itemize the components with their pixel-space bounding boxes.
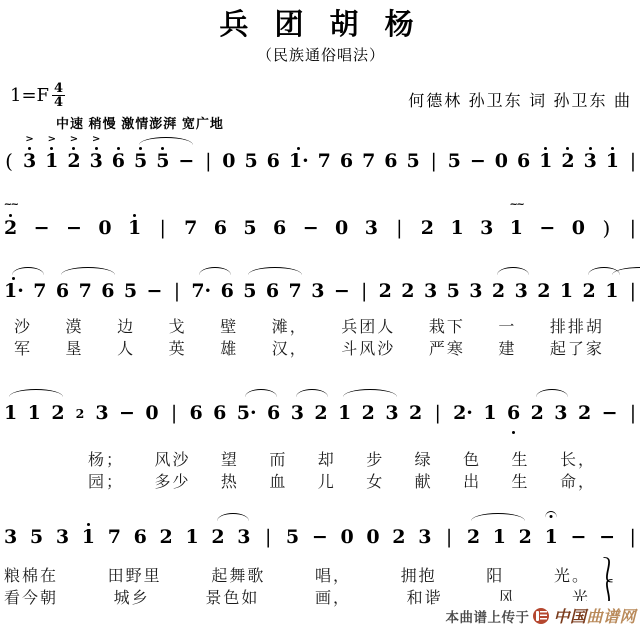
note: 1 xyxy=(338,388,351,434)
lyric-syllable: 看今朝 xyxy=(4,585,58,608)
note: 0 xyxy=(98,203,111,249)
lyric-syllable: 雄 xyxy=(220,336,238,359)
lyric-syllable: 起了家 xyxy=(550,336,604,359)
brace-bottom-icon: ⎰ xyxy=(596,580,620,602)
note: 2 xyxy=(492,266,505,312)
note: 2 xyxy=(421,203,434,249)
note: 1 xyxy=(493,512,506,558)
note: 5 xyxy=(30,512,43,558)
note: 1 xyxy=(605,266,618,312)
lyric-syllable: 生 xyxy=(512,469,530,492)
note: − xyxy=(571,512,587,558)
note: 2· xyxy=(453,388,473,434)
lyric-syllable: 画， xyxy=(315,585,351,608)
note: 6 xyxy=(189,388,202,434)
note: 1· xyxy=(4,266,24,312)
barline: | xyxy=(628,512,638,558)
watermark: 本曲谱上传于 中国曲谱网 xyxy=(435,601,638,630)
lyric-syllable: 长， xyxy=(560,447,596,470)
barline: | xyxy=(169,388,179,434)
note: 2 xyxy=(578,388,591,434)
note: 3 xyxy=(469,266,482,312)
music-line-1: (3123655−|0561·76765|5−061231| xyxy=(4,136,638,182)
note: 5 xyxy=(286,512,299,558)
music-line-4: 11223−0|665·6321232|2·16232−| xyxy=(4,388,638,434)
note: 1 xyxy=(450,203,463,249)
note: 3 xyxy=(480,203,493,249)
note: 6 xyxy=(56,266,69,312)
note: 0 xyxy=(366,512,379,558)
lyric-syllable: 起舞歌 xyxy=(211,563,265,586)
lyric-syllable: 命， xyxy=(560,469,596,492)
lyric-syllable: 却 xyxy=(318,447,336,470)
note: 6 xyxy=(266,266,279,312)
note: 6 xyxy=(112,136,125,182)
note: − xyxy=(599,512,615,558)
note: 2 xyxy=(51,388,64,434)
note: 2 xyxy=(409,388,422,434)
note: 6 xyxy=(134,512,147,558)
lyric-syllable: 多少 xyxy=(154,469,190,492)
lyric-syllable: 滩， xyxy=(272,314,308,337)
note: 6 xyxy=(507,388,520,434)
time-signature-numerator: 4 xyxy=(52,82,65,96)
fermata-mark-icon xyxy=(545,511,557,518)
barline: | xyxy=(628,203,638,249)
note: ( xyxy=(4,136,14,182)
music-line-3: 1·76765−|7·65673−|22353232121| xyxy=(4,266,638,312)
lyric-syllable: 垦 xyxy=(66,336,84,359)
note: 3 xyxy=(291,388,304,434)
note: 3 xyxy=(554,388,567,434)
note: 2 xyxy=(519,512,532,558)
lyric-syllable: 色 xyxy=(463,447,481,470)
song-title: 兵 团 胡 杨 xyxy=(0,2,642,43)
lyric-syllable: 女 xyxy=(366,469,384,492)
lyric-syllable: 热 xyxy=(221,469,239,492)
note: − xyxy=(539,203,555,249)
accent-mark-icon xyxy=(25,134,33,145)
lyric-syllable: 严寒 xyxy=(429,336,465,359)
lyric-syllable: 唱， xyxy=(315,563,351,586)
note: 1 xyxy=(539,136,552,182)
note: 2 xyxy=(4,203,17,249)
lyric-syllable: 血 xyxy=(269,469,287,492)
barline: | xyxy=(172,266,182,312)
lyric-syllable: 壁 xyxy=(220,314,238,337)
lyric-syllable: 汉， xyxy=(272,336,308,359)
note: 5 xyxy=(134,136,147,182)
note: 1· xyxy=(289,136,309,182)
note: − xyxy=(303,203,319,249)
note: 2 xyxy=(211,512,224,558)
note: 6 xyxy=(221,266,234,312)
lyric-syllable: 望 xyxy=(221,447,239,470)
composer-credits: 何德林 孙卫东 词 孙卫东 曲 xyxy=(408,88,632,111)
note: 2 xyxy=(561,136,574,182)
barline: | xyxy=(429,136,439,182)
note: 7 xyxy=(79,266,92,312)
note: 6 xyxy=(273,203,286,249)
note: 5 xyxy=(244,136,257,182)
note: 7· xyxy=(191,266,211,312)
note: − xyxy=(334,266,350,312)
note: 2 xyxy=(75,388,85,434)
lyric-syllable: 儿 xyxy=(318,469,336,492)
note: 0 xyxy=(572,203,585,249)
note: 2 xyxy=(467,512,480,558)
lyric-syllable: 英 xyxy=(169,336,187,359)
note: 3 xyxy=(365,203,378,249)
mordent-mark-icon xyxy=(4,199,18,210)
note: − xyxy=(178,136,194,182)
note: 1 xyxy=(483,388,496,434)
note: 0 xyxy=(495,136,508,182)
lyric-syllable: 绿 xyxy=(415,447,433,470)
lyric-syllable: 风沙 xyxy=(154,447,190,470)
accent-mark-icon xyxy=(92,134,100,145)
note: 5 xyxy=(124,266,137,312)
note: 3 xyxy=(584,136,597,182)
note: 6 xyxy=(340,136,353,182)
note: 2 xyxy=(392,512,405,558)
note: 3 xyxy=(515,266,528,312)
barline: | xyxy=(203,136,213,182)
lyric-syllable: 城乡 xyxy=(114,585,150,608)
note: − xyxy=(147,266,163,312)
note: 1 xyxy=(510,203,523,249)
lyrics-verse1-line1: 沙漠边戈壁滩，兵团人栽下一排排胡 xyxy=(14,314,604,337)
lyric-syllable: 景色如 xyxy=(205,585,259,608)
lyric-syllable: 园； xyxy=(88,469,124,492)
site-name-primary: 中国 xyxy=(553,609,586,626)
lyric-syllable: 排排胡 xyxy=(550,314,604,337)
accent-mark-icon xyxy=(48,134,56,145)
barline: | xyxy=(433,388,443,434)
lyric-syllable: 阳 xyxy=(486,563,504,586)
note: 2 xyxy=(401,266,414,312)
note: 6 xyxy=(101,266,114,312)
note: 2 xyxy=(537,266,550,312)
key-label: 1=F xyxy=(10,85,49,106)
site-name: 中国曲谱网 xyxy=(553,604,636,627)
note: 2 xyxy=(583,266,596,312)
note: 7 xyxy=(318,136,331,182)
note: 1 xyxy=(185,512,198,558)
note: − xyxy=(602,388,618,434)
site-name-secondary: 曲谱网 xyxy=(586,609,636,626)
site-logo-icon xyxy=(533,608,549,624)
barline: | xyxy=(263,512,273,558)
barline: | xyxy=(158,203,168,249)
music-line-2: 2−−01|7656−03|2131−0)| xyxy=(4,203,638,249)
lyric-syllable: 栽下 xyxy=(429,314,465,337)
time-signature: 4 4 xyxy=(52,82,65,109)
note: 7 xyxy=(33,266,46,312)
note: 3 xyxy=(237,512,250,558)
note: 1 xyxy=(45,136,58,182)
note: 1 xyxy=(606,136,619,182)
note: 6 xyxy=(214,203,227,249)
key-signature: 1=F 4 4 xyxy=(10,82,65,109)
lyric-syllable: 光。 xyxy=(554,563,590,586)
note: 1 xyxy=(560,266,573,312)
tempo-marking: 中速 稍慢 激情澎湃 宽广地 xyxy=(56,113,224,132)
note: 6 xyxy=(267,136,280,182)
note: 5· xyxy=(237,388,257,434)
note: 1 xyxy=(545,512,558,558)
lyric-syllable: 杨； xyxy=(88,447,124,470)
accent-mark-icon xyxy=(70,134,78,145)
note: 3 xyxy=(385,388,398,434)
note: 2 xyxy=(314,388,327,434)
note: 1 xyxy=(128,203,141,249)
watermark-prefix: 本曲谱上传于 xyxy=(445,606,529,626)
lyric-syllable: 斗风沙 xyxy=(341,336,395,359)
note: 2 xyxy=(362,388,375,434)
music-line-5: 3531762123|5−0023|2121−−| xyxy=(4,512,638,558)
note: 0 xyxy=(340,512,353,558)
brace-top-icon: ⎱ xyxy=(596,558,620,580)
song-subtitle: （民族通俗唱法） xyxy=(0,44,642,65)
barline: | xyxy=(628,266,638,312)
lyric-syllable: 漠 xyxy=(66,314,84,337)
note: 1 xyxy=(28,388,41,434)
note: 0 xyxy=(335,203,348,249)
lyric-syllable: 戈 xyxy=(169,314,187,337)
lyric-syllable: 田野里 xyxy=(108,563,162,586)
lyric-syllable: 建 xyxy=(498,336,516,359)
note: 1 xyxy=(4,388,17,434)
note: 5 xyxy=(243,266,256,312)
note: 2 xyxy=(531,388,544,434)
note: − xyxy=(119,388,135,434)
time-signature-denominator: 4 xyxy=(52,96,65,109)
lyric-syllable: 而 xyxy=(269,447,287,470)
note: 7 xyxy=(289,266,302,312)
note: 3 xyxy=(4,512,17,558)
note: 2 xyxy=(379,266,392,312)
sheet-music-page: { "header": { "title": "兵 团 胡 杨", "subti… xyxy=(0,0,642,635)
lyric-syllable: 粮棉在 xyxy=(4,563,58,586)
note: 3 xyxy=(90,136,103,182)
barline: | xyxy=(444,512,454,558)
note: 0 xyxy=(145,388,158,434)
note: 5 xyxy=(447,266,460,312)
barline: | xyxy=(628,136,638,182)
note: 6 xyxy=(267,388,280,434)
note: 3 xyxy=(56,512,69,558)
lyrics-verse1-line3: 粮棉在田野里起舞歌唱，拥抱阳光。 xyxy=(4,563,590,586)
note: 7 xyxy=(362,136,375,182)
barline: | xyxy=(359,266,369,312)
note: 5 xyxy=(243,203,256,249)
note: 3 xyxy=(424,266,437,312)
note: − xyxy=(312,512,328,558)
barline: | xyxy=(394,203,404,249)
lyrics-verse1-line2: 杨；风沙望而却步绿色生长， xyxy=(88,447,596,470)
note: 5 xyxy=(406,136,419,182)
lyric-syllable: 人 xyxy=(117,336,135,359)
lyric-syllable: 沙 xyxy=(14,314,32,337)
note: 3 xyxy=(311,266,324,312)
note: − xyxy=(66,203,82,249)
note: 1 xyxy=(82,512,95,558)
lyric-syllable: 献 xyxy=(415,469,433,492)
note: 3 xyxy=(95,388,108,434)
verse-ending-brace: ⎱ ⎰ xyxy=(596,558,620,602)
note: 6 xyxy=(384,136,397,182)
lyrics-verse2-line1: 军垦人英雄汉，斗风沙严寒建起了家 xyxy=(14,336,604,359)
lyrics-verse2-line2: 园；多少热血儿女献出生命， xyxy=(88,469,596,492)
note: ) xyxy=(601,203,611,249)
lyric-syllable: 一 xyxy=(498,314,516,337)
note: 3 xyxy=(23,136,36,182)
note: 3 xyxy=(418,512,431,558)
lyric-syllable: 边 xyxy=(117,314,135,337)
barline: | xyxy=(628,388,638,434)
lyric-syllable: 生 xyxy=(512,447,530,470)
note: 7 xyxy=(184,203,197,249)
note: 5 xyxy=(448,136,461,182)
note: 2 xyxy=(67,136,80,182)
lyric-syllable: 出 xyxy=(463,469,481,492)
lyric-syllable: 步 xyxy=(366,447,384,470)
mordent-mark-icon xyxy=(509,199,523,210)
note: − xyxy=(34,203,50,249)
note: 7 xyxy=(108,512,121,558)
note: 0 xyxy=(222,136,235,182)
note: 5 xyxy=(156,136,169,182)
lyric-syllable: 军 xyxy=(14,336,32,359)
lyric-syllable: 拥抱 xyxy=(401,563,437,586)
note: 2 xyxy=(160,512,173,558)
note: − xyxy=(470,136,486,182)
note: 6 xyxy=(517,136,530,182)
lyric-syllable: 兵团人 xyxy=(341,314,395,337)
note: 6 xyxy=(213,388,226,434)
